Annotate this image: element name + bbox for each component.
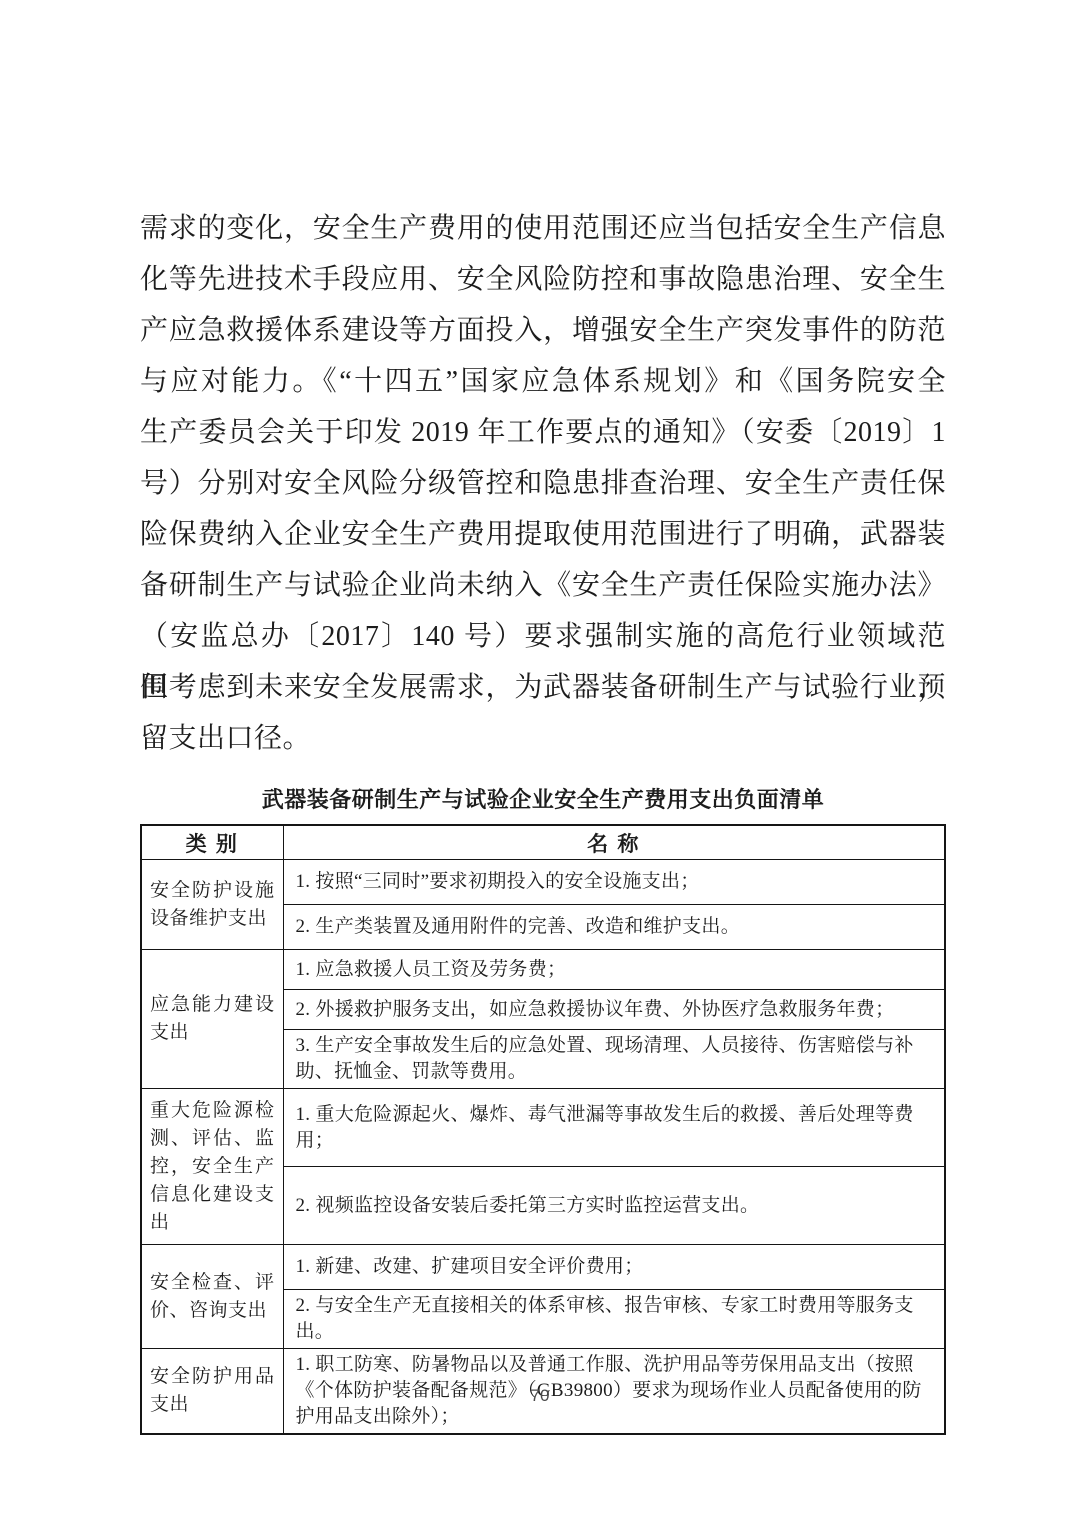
item-cell: 1. 重大危险源起火、爆炸、毒气泄漏等事故发生后的救援、善后处理等费用；	[283, 1089, 945, 1167]
body-paragraph-line: 但考虑到未来安全发展需求，为武器装备研制生产与试验行业预	[140, 662, 946, 713]
item-cell: 2. 生产类装置及通用附件的完善、改造和维护支出。	[283, 905, 945, 950]
body-paragraph-line: 化等先进技术手段应用、安全风险防控和事故隐患治理、安全生	[140, 254, 946, 305]
body-paragraph-line: 生产委员会关于印发 2019 年工作要点的通知》（安委〔2019〕1	[140, 407, 946, 458]
table-row: 安全防护设施设备维护支出 1. 按照“三同时”要求初期投入的安全设施支出；	[141, 860, 945, 905]
table-header-row: 类 别 名 称	[141, 825, 945, 860]
table-row: 安全检查、评价、咨询支出 1. 新建、改建、扩建项目安全评价费用；	[141, 1245, 945, 1290]
category-cell: 应急能力建设支出	[141, 950, 283, 1089]
table-row: 应急能力建设支出 1. 应急救援人员工资及劳务费；	[141, 950, 945, 990]
document-page: 需求的变化，安全生产费用的使用范围还应当包括安全生产信息 化等先进技术手段应用、…	[140, 203, 946, 1435]
body-paragraph-line: 与应对能力。《“十四五”国家应急体系规划》和《国务院安全	[140, 356, 946, 407]
body-paragraph-line: 需求的变化，安全生产费用的使用范围还应当包括安全生产信息	[140, 203, 946, 254]
negative-list-table: 类 别 名 称 安全防护设施设备维护支出 1. 按照“三同时”要求初期投入的安全…	[140, 824, 946, 1435]
page-number: 70	[0, 1386, 1080, 1406]
body-paragraph-line: 险保费纳入企业安全生产费用提取使用范围进行了明确，武器装	[140, 509, 946, 560]
item-cell: 1. 新建、改建、扩建项目安全评价费用；	[283, 1245, 945, 1290]
table-row: 重大危险源检测、评估、监控，安全生产信息化建设支出 1. 重大危险源起火、爆炸、…	[141, 1089, 945, 1167]
body-paragraph: 需求的变化，安全生产费用的使用范围还应当包括安全生产信息 化等先进技术手段应用、…	[140, 203, 946, 764]
category-cell: 安全防护设施设备维护支出	[141, 860, 283, 950]
item-cell: 2. 与安全生产无直接相关的体系审核、报告审核、专家工时费用等服务支出。	[283, 1290, 945, 1349]
item-cell: 2. 视频监控设备安装后委托第三方实时监控运营支出。	[283, 1167, 945, 1245]
body-paragraph-line: 留支出口径。	[140, 713, 946, 764]
item-cell: 1. 应急救援人员工资及劳务费；	[283, 950, 945, 990]
body-paragraph-line: 号）分别对安全风险分级管控和隐患排查治理、安全生产责任保	[140, 458, 946, 509]
body-paragraph-line: 备研制生产与试验企业尚未纳入《安全生产责任保险实施办法》	[140, 560, 946, 611]
item-cell: 3. 生产安全事故发生后的应急处置、现场清理、人员接待、伤害赔偿与补助、抚恤金、…	[283, 1030, 945, 1089]
body-paragraph-line: （安监总办〔2017〕140 号）要求强制实施的高危行业领域范围，	[140, 611, 946, 662]
table-title: 武器装备研制生产与试验企业安全生产费用支出负面清单	[140, 785, 946, 815]
item-cell: 1. 按照“三同时”要求初期投入的安全设施支出；	[283, 860, 945, 905]
column-header-name: 名 称	[283, 825, 945, 860]
body-paragraph-line: 产应急救援体系建设等方面投入，增强安全生产突发事件的防范	[140, 305, 946, 356]
item-cell: 2. 外援救护服务支出，如应急救援协议年费、外协医疗急救服务年费；	[283, 990, 945, 1030]
category-cell: 安全检查、评价、咨询支出	[141, 1245, 283, 1349]
column-header-category: 类 别	[141, 825, 283, 860]
category-cell: 重大危险源检测、评估、监控，安全生产信息化建设支出	[141, 1089, 283, 1245]
